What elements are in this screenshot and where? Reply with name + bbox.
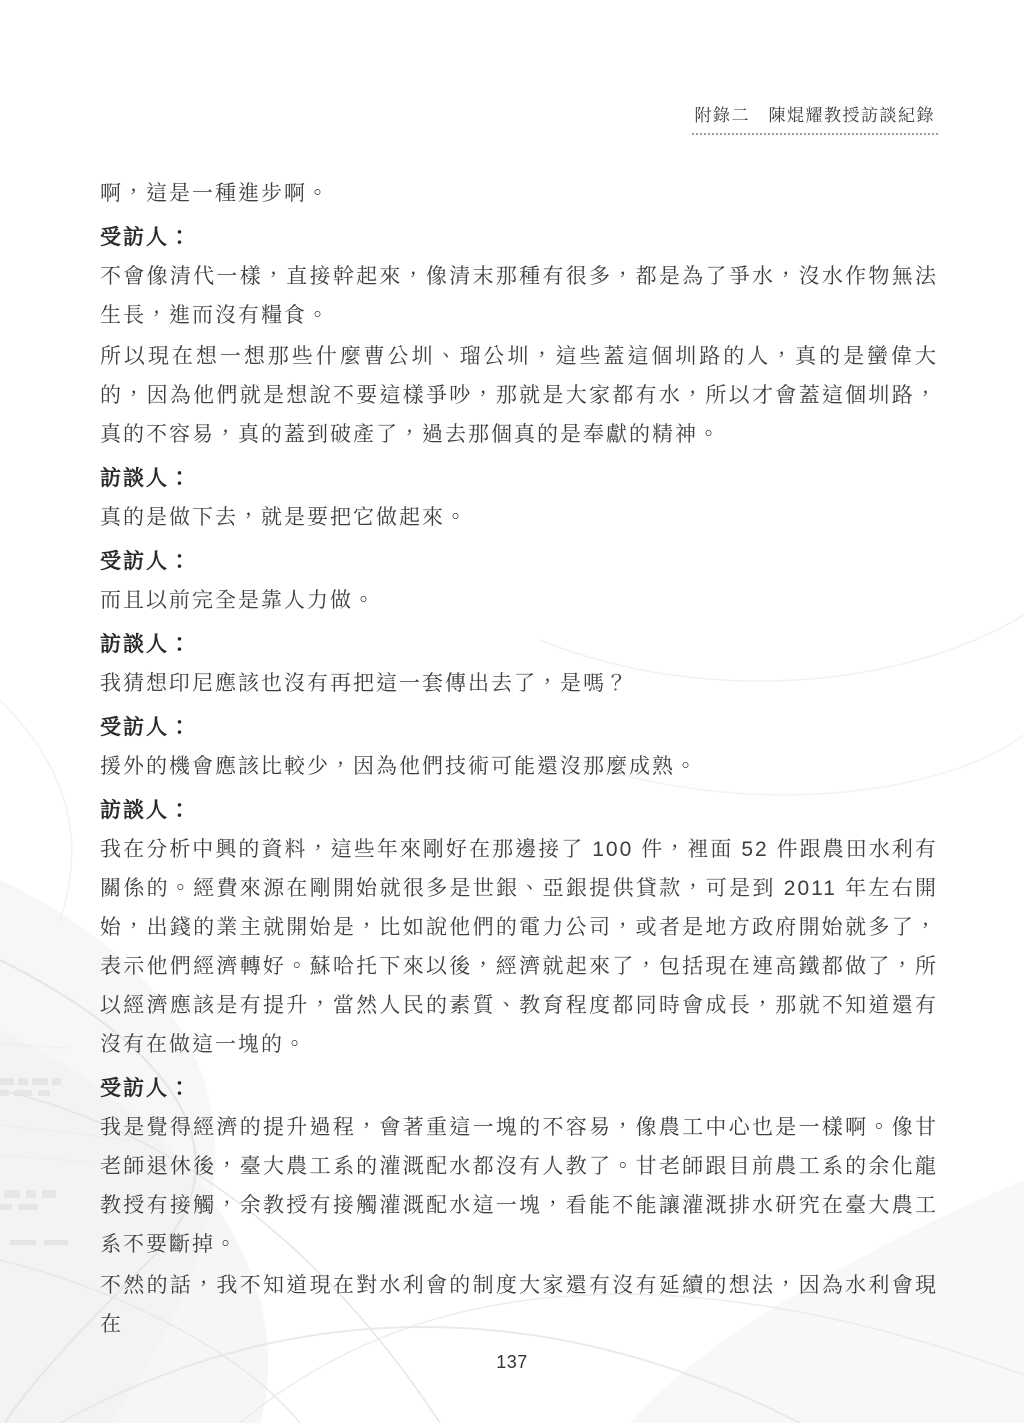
- transcript-paragraph: 不會像清代一樣，直接幹起來，像清末那種有很多，都是為了爭水，沒水作物無法生長，進…: [100, 257, 938, 335]
- document-page: 附錄二 陳焜耀教授訪談紀錄 啊，這是一種進步啊。受訪人：不會像清代一樣，直接幹起…: [0, 0, 1024, 1423]
- speaker-label: 受訪人：: [100, 542, 938, 581]
- transcript-paragraph: 不然的話，我不知道現在對水利會的制度大家還有沒有延續的想法，因為水利會現在: [100, 1266, 938, 1344]
- page-header: 附錄二 陳焜耀教授訪談紀錄: [692, 101, 939, 135]
- page-number: 137: [496, 1352, 528, 1372]
- page-footer: 137: [0, 1352, 1024, 1373]
- speaker-label: 受訪人：: [100, 708, 938, 747]
- speaker-label: 訪談人：: [100, 625, 938, 664]
- transcript-paragraph: 而且以前完全是靠人力做。: [100, 581, 938, 620]
- transcript-paragraph: 啊，這是一種進步啊。: [100, 174, 938, 213]
- transcript-paragraph: 所以現在想一想那些什麼曹公圳、瑠公圳，這些蓋這個圳路的人，真的是蠻偉大的，因為他…: [100, 337, 938, 454]
- transcript-body: 啊，這是一種進步啊。受訪人：不會像清代一樣，直接幹起來，像清末那種有很多，都是為…: [100, 174, 938, 1346]
- speaker-label: 訪談人：: [100, 791, 938, 830]
- transcript-paragraph: 我猜想印尼應該也沒有再把這一套傳出去了，是嗎？: [100, 664, 938, 703]
- transcript-paragraph: 真的是做下去，就是要把它做起來。: [100, 498, 938, 537]
- appendix-header-title: 附錄二 陳焜耀教授訪談紀錄: [692, 101, 939, 135]
- speaker-label: 受訪人：: [100, 218, 938, 257]
- transcript-paragraph: 我在分析中興的資料，這些年來剛好在那邊接了 100 件，裡面 52 件跟農田水利…: [100, 830, 938, 1064]
- transcript-paragraph: 我是覺得經濟的提升過程，會著重這一塊的不容易，像農工中心也是一樣啊。像甘老師退休…: [100, 1108, 938, 1264]
- transcript-paragraph: 援外的機會應該比較少，因為他們技術可能還沒那麼成熟。: [100, 747, 938, 786]
- speaker-label: 受訪人：: [100, 1069, 938, 1108]
- speaker-label: 訪談人：: [100, 459, 938, 498]
